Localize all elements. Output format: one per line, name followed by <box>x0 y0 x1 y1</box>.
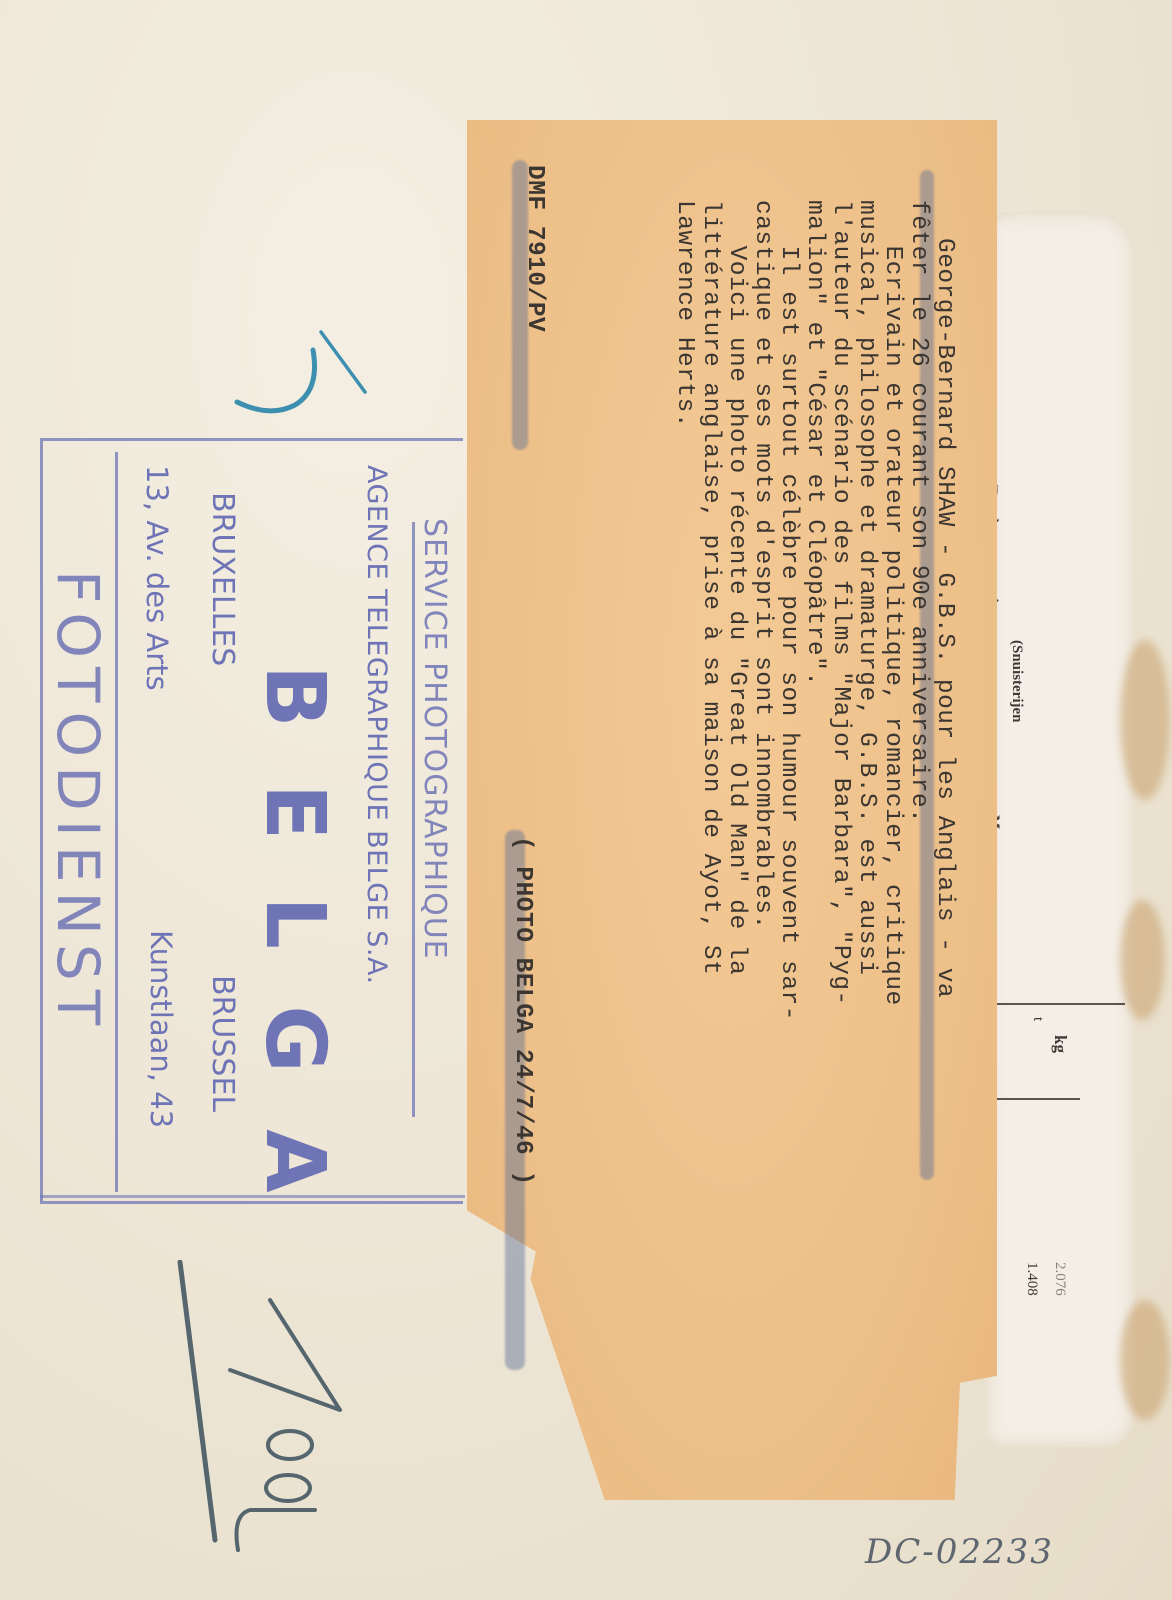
form-unit-t: t <box>1029 1017 1046 1021</box>
form-rule <box>995 1003 1125 1005</box>
stain <box>1120 1300 1170 1420</box>
clipping-line-8: castique et ses mots d'esprit sont innom… <box>749 200 776 930</box>
clipping-line-2: fêter le 26 courant son 90e anniversaire… <box>905 200 932 823</box>
reference-code: DMF 7910/PV <box>521 165 548 332</box>
clipping-line-6: malion" et "César et Cléopâtre". <box>801 200 828 686</box>
stamp-agency: AGENCE TELEGRAPHIQUE BELGE S.A. <box>361 465 392 985</box>
stamp-brand: B E L G A <box>253 665 335 1207</box>
form-value-2: 2.076 <box>1051 1262 1068 1296</box>
stamp-address-nl: Kunstlaan, 43 <box>144 930 178 1128</box>
stain <box>1120 900 1165 1020</box>
signature-mark <box>170 1260 370 1560</box>
clipping-line-4: musical, philosophe et dramaturge, G.B.S… <box>853 200 880 975</box>
clipping-line-1: George-Bernard SHAW - G.B.S. pour les An… <box>931 238 958 998</box>
stain <box>1120 640 1170 800</box>
pen-mark <box>225 320 385 420</box>
form-value-1: 1.408 <box>1023 1262 1040 1296</box>
clipping-line-7: Il est surtout célèbre pour son humour s… <box>775 200 802 1021</box>
stamp-header: SERVICE PHOTOGRAPHIQUE <box>417 518 452 960</box>
archive-number: DC-02233 <box>865 1532 1054 1572</box>
clipping-line-11: Lawrence Herts. <box>671 200 698 428</box>
stamp-city-nl: BRUSSEL <box>205 975 240 1112</box>
stamp-inner-line <box>412 522 415 1117</box>
form-label-2: (Snuisterijen <box>1008 640 1025 723</box>
photo-credit: ( PHOTO BELGA 24/7/46 ) <box>509 836 536 1186</box>
stamp-address-fr: 13, Av. des Arts <box>140 465 174 691</box>
stamp-city-fr: BRUXELLES <box>205 492 240 666</box>
clipping-line-3: Ecrivain et orateur politique, romancier… <box>879 200 906 1006</box>
form-unit-kg: kg <box>1050 1035 1070 1053</box>
clipping-line-9: Voici une photo récente du "Great Old Ma… <box>723 200 750 975</box>
clipping-line-10: littérature anglaise, prise à sa maison … <box>697 200 724 975</box>
stamp-inner-line <box>115 452 118 1192</box>
form-rule <box>995 1098 1080 1100</box>
stamp-footer: FOTODIENST <box>44 570 112 1034</box>
clipping-line-5: l'auteur du scénario des films "Major Ba… <box>827 200 854 1006</box>
